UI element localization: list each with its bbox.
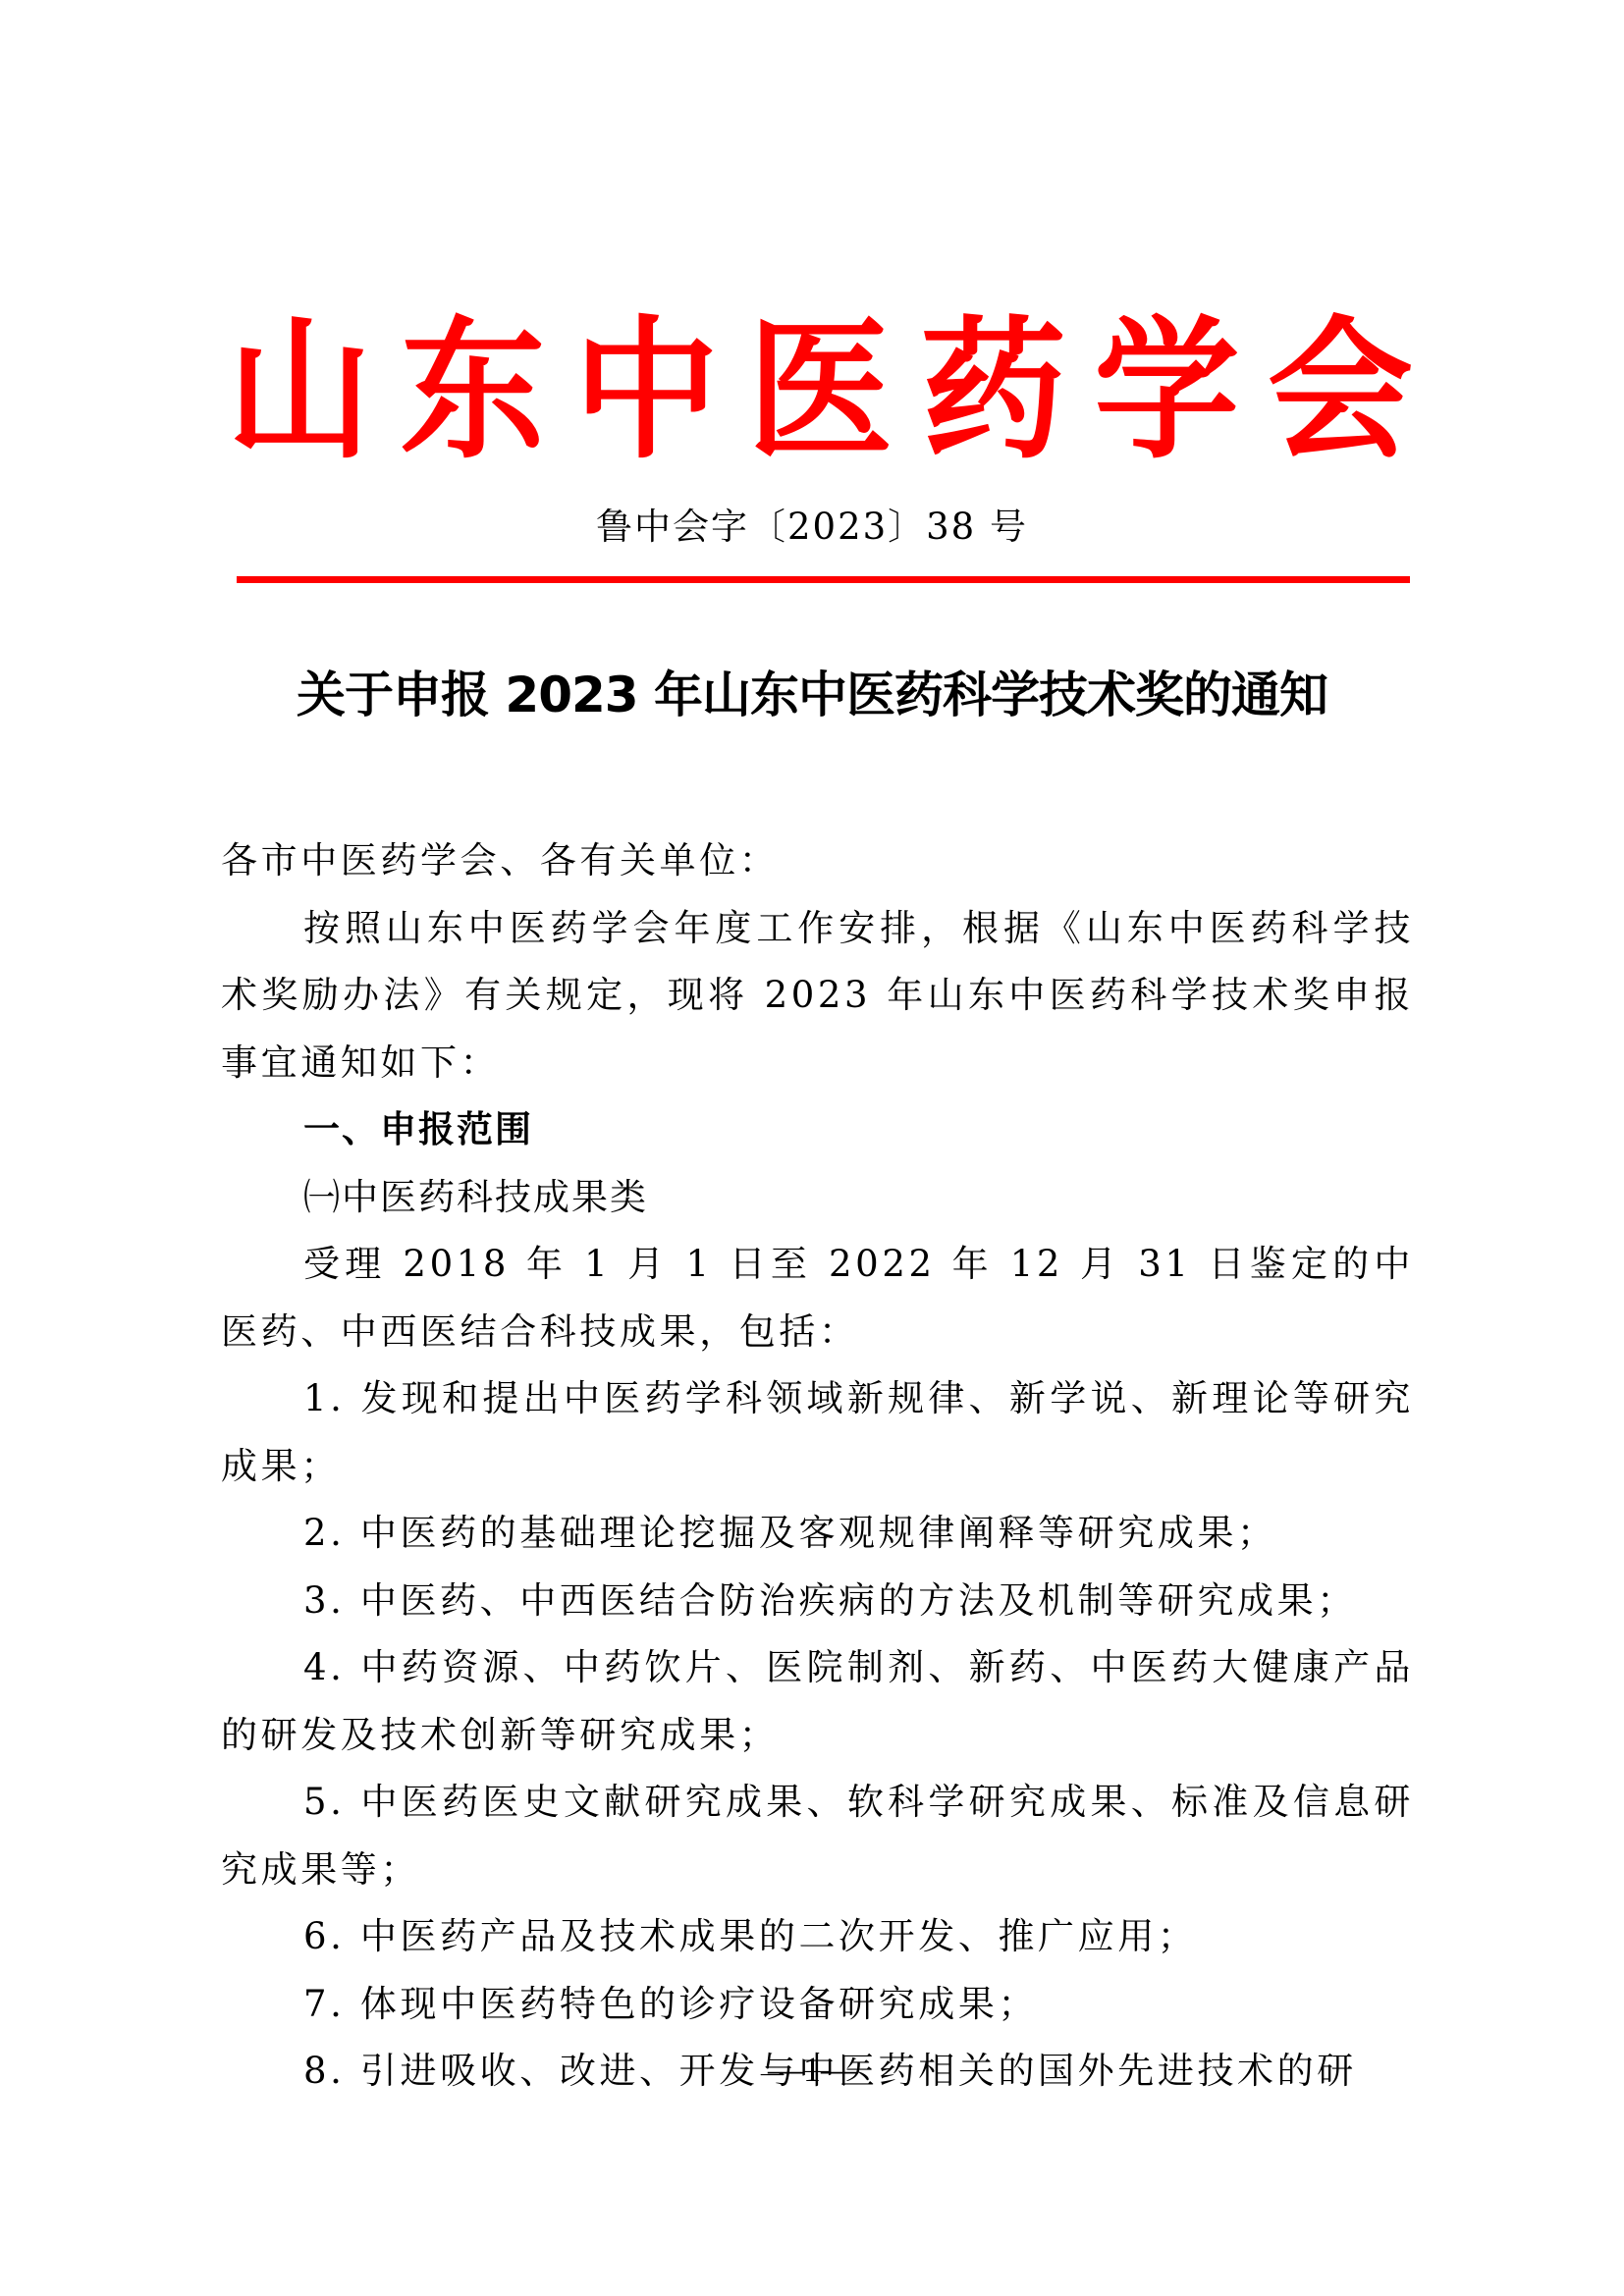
- red-divider-rule: [237, 576, 1410, 583]
- subsection-intro: 受理 2018 年 1 月 1 日至 2022 年 12 月 31 日鉴定的中医…: [221, 1231, 1414, 1365]
- page-number: —1—: [0, 2045, 1624, 2094]
- document-body: 各市中医药学会、各有关单位： 按照山东中医药学会年度工作安排，根据《山东中医药科…: [221, 828, 1414, 2106]
- masthead-char: 医: [741, 308, 898, 473]
- document-number: 鲁中会字〔2023〕38 号: [0, 503, 1624, 552]
- masthead-char: 药: [915, 308, 1072, 473]
- list-item: 1. 发现和提出中医药学科领域新规律、新学说、新理论等研究成果；: [221, 1365, 1414, 1500]
- masthead-char: 东: [395, 308, 552, 473]
- list-item: 5. 中医药医史文献研究成果、软科学研究成果、标准及信息研究成果等；: [221, 1769, 1414, 1903]
- masthead-char: 学: [1088, 308, 1245, 473]
- salutation: 各市中医药学会、各有关单位：: [221, 828, 1414, 895]
- document-page: 山 东 中 医 药 学 会 鲁中会字〔2023〕38 号 关于申报 2023 年…: [0, 0, 1624, 2296]
- list-item: 7. 体现中医药特色的诊疗设备研究成果；: [221, 1971, 1414, 2039]
- list-item: 3. 中医药、中西医结合防治疾病的方法及机制等研究成果；: [221, 1568, 1414, 1635]
- list-item: 6. 中医药产品及技术成果的二次开发、推广应用；: [221, 1903, 1414, 1971]
- masthead-char: 山: [221, 308, 378, 473]
- list-item: 2. 中医药的基础理论挖掘及客观规律阐释等研究成果；: [221, 1500, 1414, 1568]
- document-title: 关于申报 2023 年山东中医药科学技术奖的通知: [0, 660, 1624, 730]
- subsection-heading: ㈠中医药科技成果类: [221, 1164, 1414, 1232]
- masthead-org-name: 山 东 中 医 药 学 会: [221, 312, 1419, 469]
- masthead-char: 会: [1262, 308, 1419, 473]
- intro-paragraph: 按照山东中医药学会年度工作安排，根据《山东中医药科学技术奖励办法》有关规定，现将…: [221, 895, 1414, 1097]
- section-heading: 一、申报范围: [221, 1096, 1414, 1164]
- masthead-char: 中: [568, 308, 725, 473]
- list-item: 4. 中药资源、中药饮片、医院制剂、新药、中医药大健康产品的研发及技术创新等研究…: [221, 1634, 1414, 1769]
